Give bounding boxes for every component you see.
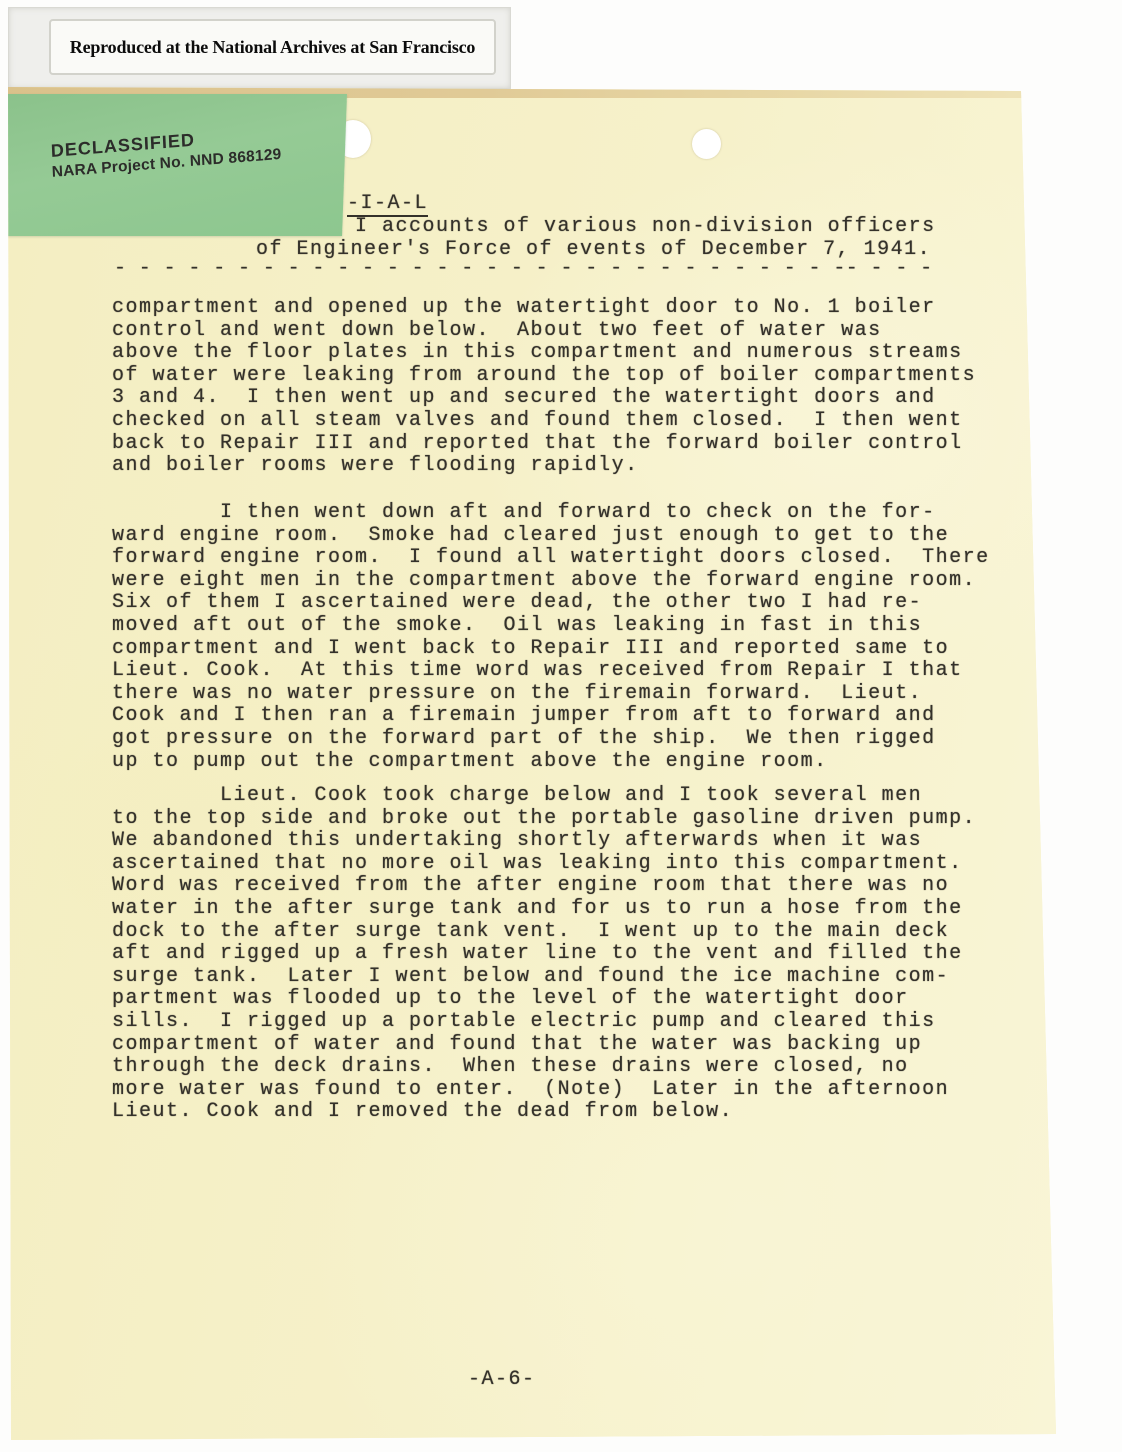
declassified-sticker: DECLASSIFIED NARA Project No. NND 868129 [3,94,347,236]
paragraph-3: Lieut. Cook took charge below and I took… [112,785,976,1124]
header-title-fragment: -I-A-L [347,193,428,216]
paragraph-2: I then went down aft and forward to chec… [112,502,990,773]
paragraph-1: compartment and opened up the watertight… [112,297,976,478]
dashed-separator: - - - - - - - - - - - - - - - - - - - - … [114,258,933,281]
archives-banner-text: Reproduced at the National Archives at S… [70,37,475,58]
page-number: -A-6- [468,1369,536,1392]
header-subtitle-line1: I accounts of various non-division offic… [355,216,936,239]
punch-hole-right [692,129,721,159]
archives-banner: Reproduced at the National Archives at S… [8,7,511,89]
header-title-underlined: -I-A-L [347,192,428,217]
document-page: DECLASSIFIED NARA Project No. NND 868129… [8,84,1058,1441]
scanned-document: Reproduced at the National Archives at S… [0,0,1122,1452]
archives-banner-frame: Reproduced at the National Archives at S… [49,19,496,75]
declassified-sticker-text: DECLASSIFIED NARA Project No. NND 868129 [50,122,281,184]
